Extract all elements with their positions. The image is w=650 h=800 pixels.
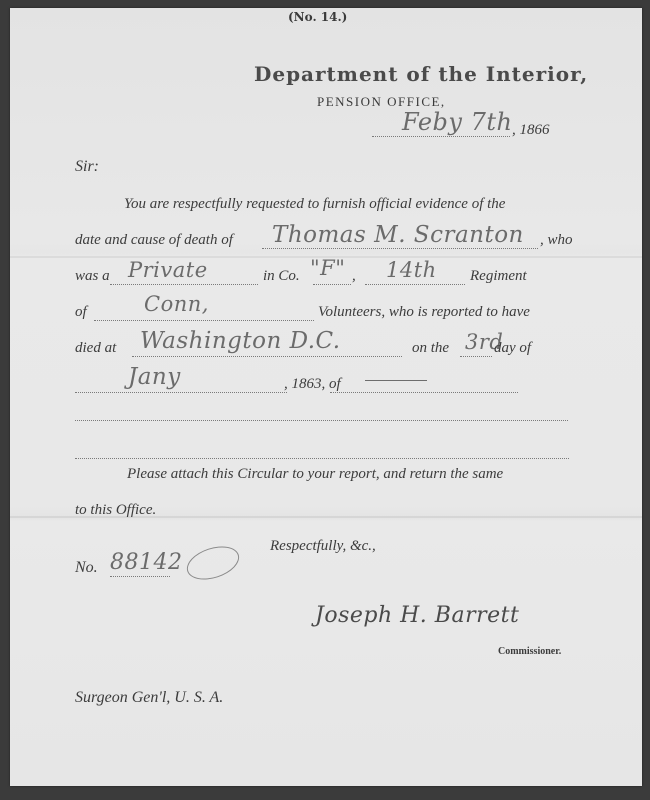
body-line-2-suffix: , who <box>540 232 573 249</box>
instruction-line-2: to this Office. <box>75 502 156 519</box>
cause-dash-mark <box>365 380 427 381</box>
department-title: Department of the Interior, <box>254 62 588 86</box>
body-line-5-suffix: day of <box>494 340 531 357</box>
closing-respectfully: Respectfully, &c., <box>270 538 376 555</box>
body-line-5-prefix: died at <box>75 340 116 357</box>
signer-title: Commissioner. <box>498 646 561 657</box>
body-line-2-prefix: date and cause of death of <box>75 232 233 249</box>
company-underline <box>313 284 351 285</box>
body-line-6-year: , 1863, of <box>284 376 341 393</box>
date-year: , 1866 <box>512 122 550 139</box>
cause-underline <box>330 392 518 393</box>
instruction-line-1: Please attach this Circular to your repo… <box>127 466 503 483</box>
paper-sheet: (No. 14.) Department of the Interior, PE… <box>10 8 642 786</box>
soldier-state: Conn, <box>144 292 209 316</box>
form-number: (No. 14.) <box>288 10 347 24</box>
body-line-4-suffix: Volunteers, who is reported to have <box>318 304 530 321</box>
body-line-1: You are respectfully requested to furnis… <box>124 196 505 213</box>
blank-line-1 <box>75 420 568 421</box>
death-place: Washington D.C. <box>140 328 341 354</box>
name-underline <box>262 248 538 249</box>
body-line-3-prefix: was a <box>75 268 110 285</box>
regiment-underline <box>365 284 465 285</box>
soldier-name: Thomas M. Scranton <box>272 222 524 248</box>
place-underline <box>132 356 402 357</box>
salutation: Sir: <box>75 158 99 176</box>
body-line-3-in-co: in Co. <box>263 268 300 285</box>
scanned-document: (No. 14.) Department of the Interior, PE… <box>0 0 650 800</box>
body-line-5-on-the: on the <box>412 340 449 357</box>
file-number-underline <box>110 576 170 577</box>
comma: , <box>352 268 356 285</box>
body-line-3-suffix: Regiment <box>470 268 527 285</box>
regiment-number: 14th <box>386 258 437 282</box>
month-underline <box>75 392 287 393</box>
death-month: Jany <box>128 364 181 390</box>
file-number-label: No. <box>75 559 98 577</box>
file-number-flourish <box>183 540 244 585</box>
state-underline <box>94 320 314 321</box>
rank-underline <box>110 284 258 285</box>
file-number-value: 88142 <box>110 550 183 575</box>
body-line-4-prefix: of <box>75 304 87 321</box>
commissioner-signature: Joseph H. Barrett <box>315 603 519 628</box>
date-underline <box>372 136 510 137</box>
day-underline <box>460 356 492 357</box>
date-handwritten: Feby 7th <box>402 108 512 136</box>
blank-line-2 <box>75 458 569 459</box>
soldier-rank: Private <box>128 258 208 282</box>
addressee: Surgeon Gen'l, U. S. A. <box>75 689 223 707</box>
soldier-company: "F" <box>310 256 345 280</box>
